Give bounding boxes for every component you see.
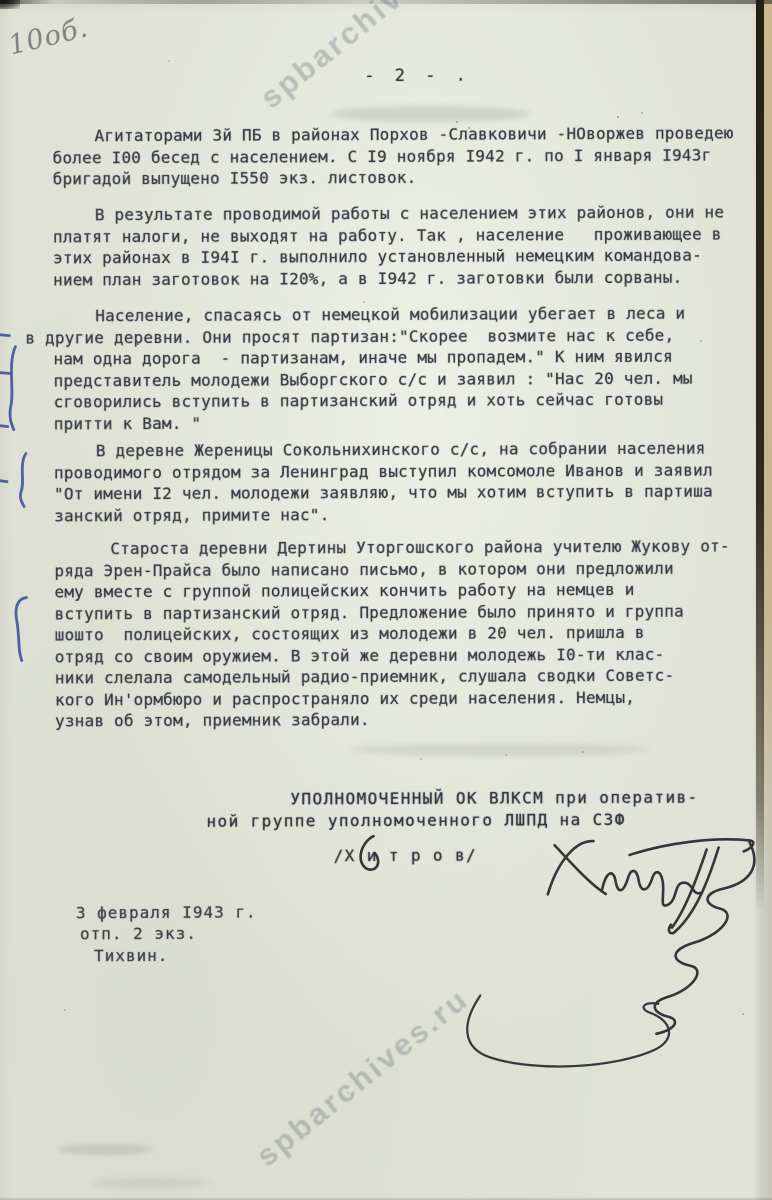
paragraph: Агитаторами Зй ПБ в районах Порхов -Слав… xyxy=(52,122,733,189)
text-line: притти к Вам. " xyxy=(54,410,693,434)
page-corner-shadow xyxy=(0,0,20,9)
text-line: Агитаторами Зй ПБ в районах Порхов -Слав… xyxy=(52,122,733,146)
page-number-header: - 2 - . xyxy=(364,66,471,86)
paragraph: Староста деревни Дертины Уторгошского ра… xyxy=(54,536,730,732)
text-line: ему вместе с группой полицейских кончить… xyxy=(54,579,730,603)
text-line: занский отряд, примите нас". xyxy=(54,502,713,526)
copies-line: отп. 2 экз. xyxy=(80,924,197,944)
text-line: нам одна дорога - партизанам, иначе мы п… xyxy=(53,346,692,370)
place-line: Тихвин. xyxy=(94,946,169,965)
text-line: бригадой выпущено I550 экз. листовок. xyxy=(53,165,734,189)
text-line: нием план заготовок на I20%, а в I942 г.… xyxy=(53,266,724,290)
text-line: В результате проводимой работы с населен… xyxy=(53,202,724,226)
signature-title-line: ной группе уполномоченного ЛШПД на СЗФ xyxy=(206,810,625,831)
signature-name: /Х и т р о в/ xyxy=(334,846,478,866)
text-line: платят налоги, не выходят на работу. Так… xyxy=(53,223,724,247)
text-line: этих районах в I94I г. выполнило установ… xyxy=(53,245,724,269)
text-line: узнав об этом, приемник забрали. xyxy=(55,707,731,731)
paragraph: В деревне Жереницы Сокольнихинского с/с,… xyxy=(54,438,713,527)
text-line: отряд со своим оружием. В этой же деревн… xyxy=(55,643,731,667)
text-line: ники слелала самодельный радио-приемник,… xyxy=(55,664,731,688)
text-line: вступить в партизанский отряд. Предложен… xyxy=(55,600,731,624)
text-line: проводимого отрядом за Ленинград выступи… xyxy=(54,459,713,483)
text-line: шошто полицейских, состоящих из молодежи… xyxy=(55,622,731,646)
text-line: сговорились вступить в партизанский отря… xyxy=(54,389,693,413)
document-page: spbarchives.ru spbarchives.ru 10об. - 2 … xyxy=(0,0,772,1200)
page-top-edge xyxy=(0,0,772,4)
text-line: в другие деревни. Они просят партизан:"С… xyxy=(25,324,692,348)
text-line: Население, спасаясь от немецкой мобилиза… xyxy=(53,303,692,327)
signature-ink xyxy=(361,834,756,1067)
paragraph: Население, спасаясь от немецкой мобилиза… xyxy=(53,303,693,435)
handwritten-folio-note: 10об. xyxy=(5,12,91,62)
text-line: Староста деревни Дертины Уторгошского ра… xyxy=(54,536,730,560)
text-line: ряда Эрен-Прайса было написано письмо, в… xyxy=(54,557,730,581)
margin-mark xyxy=(0,335,27,661)
date-line: 3 февраля I943 г. xyxy=(76,903,257,923)
text-line: более I00 бесед с населением. С I9 ноябр… xyxy=(53,144,734,168)
text-line: кого Ин'ормбюро и распространяло их сред… xyxy=(55,686,731,710)
sheet-content: 10об. - 2 - . Агитаторами Зй ПБ в района… xyxy=(0,0,772,1200)
paragraph: В результате проводимой работы с населен… xyxy=(53,202,725,291)
signature-title-line: УПОЛНОМОЧЕННЫЙ ОК ВЛКСМ при оператив- xyxy=(290,788,698,809)
text-line: "От имени I2 чел. молодежи заявляю, что … xyxy=(54,481,713,505)
text-line: В деревне Жереницы Сокольнихинского с/с,… xyxy=(54,438,713,462)
page-edge-shadow xyxy=(756,0,764,912)
text-line: представитель молодежи Выборгского с/с и… xyxy=(54,367,693,391)
